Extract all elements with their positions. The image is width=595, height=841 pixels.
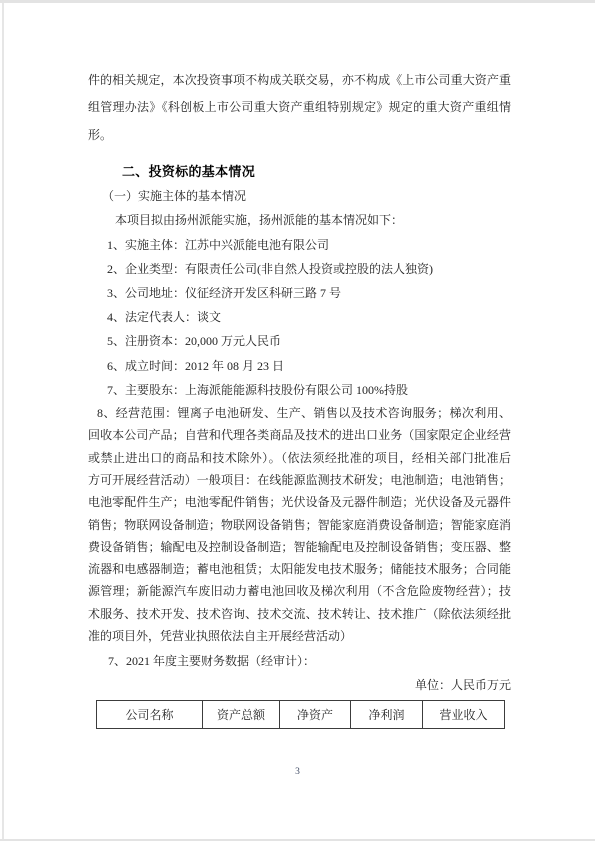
table-header-operating-revenue: 营业收入 xyxy=(423,701,505,729)
table-header-net-profit: 净利润 xyxy=(351,701,423,729)
subsection-heading: （一）实施主体的基本情况 xyxy=(102,184,511,208)
text-line: 3、公司地址：仪征经济开发区科研三路 7 号 xyxy=(88,281,511,305)
text-line: 准的项目外，凭营业执照依法自主开展经营活动） xyxy=(88,625,511,647)
page-number: 3 xyxy=(0,767,595,777)
text-line: 件的相关规定，本次投资事项不构成关联交易，亦不构成《上市公司重大资产重 xyxy=(88,67,511,94)
table-header-row: 公司名称 资产总额 净资产 净利润 营业收入 xyxy=(97,701,505,729)
text-line: 方可开展经营活动）一般项目：在线能源监测技术研发；电池制造；电池销售； xyxy=(88,469,511,491)
text-line: 流器和电感器制造；蓄电池租赁；太阳能发电技术服务；储能技术服务；合同能 xyxy=(88,558,511,580)
text-line: 术服务、技术开发、技术咨询、技术交流、技术转让、技术推广（除依法须经批 xyxy=(88,603,511,625)
text-line: 2、企业类型：有限责任公司(非自然人投资或控股的法人独资) xyxy=(88,257,511,281)
text-line: 或禁止进出口的商品和技术除外）。（依法须经批准的项目，经相关部门批准后 xyxy=(88,447,511,469)
financial-data-intro: 7、2021 年度主要财务数据（经审计）： xyxy=(88,649,511,673)
text-line: 4、法定代表人：谈文 xyxy=(88,305,511,329)
text-line: 7、主要股东：上海派能能源科技股份有限公司 100%持股 xyxy=(88,378,511,402)
document-page: 件的相关规定，本次投资事项不构成关联交易，亦不构成《上市公司重大资产重组管理办法… xyxy=(0,0,595,841)
text-line: 1、实施主体：江苏中兴派能电池有限公司 xyxy=(88,233,511,257)
unit-note: 单位：人民币万元 xyxy=(88,673,511,697)
company-info-list: 1、实施主体：江苏中兴派能电池有限公司2、企业类型：有限责任公司(非自然人投资或… xyxy=(88,233,511,402)
document-content: 件的相关规定，本次投资事项不构成关联交易，亦不构成《上市公司重大资产重组管理办法… xyxy=(88,0,511,729)
text-line: 形。 xyxy=(88,122,511,149)
business-scope-paragraph: 8、经营范围：锂离子电池研发、生产、销售以及技术咨询服务；梯次利用、回收本公司产… xyxy=(88,402,511,647)
text-line: 8、经营范围：锂离子电池研发、生产、销售以及技术咨询服务；梯次利用、 xyxy=(88,402,511,424)
text-line: 源管理；新能源汽车废旧动力蓄电池回收及梯次利用（不含危险废物经营）；技 xyxy=(88,580,511,602)
text-line: 费设备销售；输配电及控制设备制造；智能输配电及控制设备销售；变压器、整 xyxy=(88,536,511,558)
table-header-total-assets: 资产总额 xyxy=(203,701,280,729)
section-heading: 二、投资标的基本情况 xyxy=(122,159,511,184)
text-line: 回收本公司产品；自营和代理各类商品及技术的进出口业务（国家限定企业经营 xyxy=(88,424,511,446)
text-line: 6、成立时间：2012 年 08 月 23 日 xyxy=(88,354,511,378)
text-line: 5、注册资本：20,000 万元人民币 xyxy=(88,329,511,353)
table-header-net-assets: 净资产 xyxy=(280,701,351,729)
lead-line: 本项目拟由扬州派能实施，扬州派能的基本情况如下： xyxy=(88,208,511,232)
text-line: 组管理办法》《科创板上市公司重大资产重组特别规定》规定的重大资产重组情 xyxy=(88,94,511,121)
text-line: 电池零配件生产；电池零配件销售；光伏设备及元器件制造；光伏设备及元器件 xyxy=(88,491,511,513)
table-header-company-name: 公司名称 xyxy=(97,701,203,729)
intro-paragraph: 件的相关规定，本次投资事项不构成关联交易，亦不构成《上市公司重大资产重组管理办法… xyxy=(88,67,511,149)
financial-table: 公司名称 资产总额 净资产 净利润 营业收入 xyxy=(96,700,505,729)
page-edge-left xyxy=(2,3,4,839)
text-line: 销售；物联网设备制造；物联网设备销售；智能家庭消费设备制造；智能家庭消 xyxy=(88,514,511,536)
